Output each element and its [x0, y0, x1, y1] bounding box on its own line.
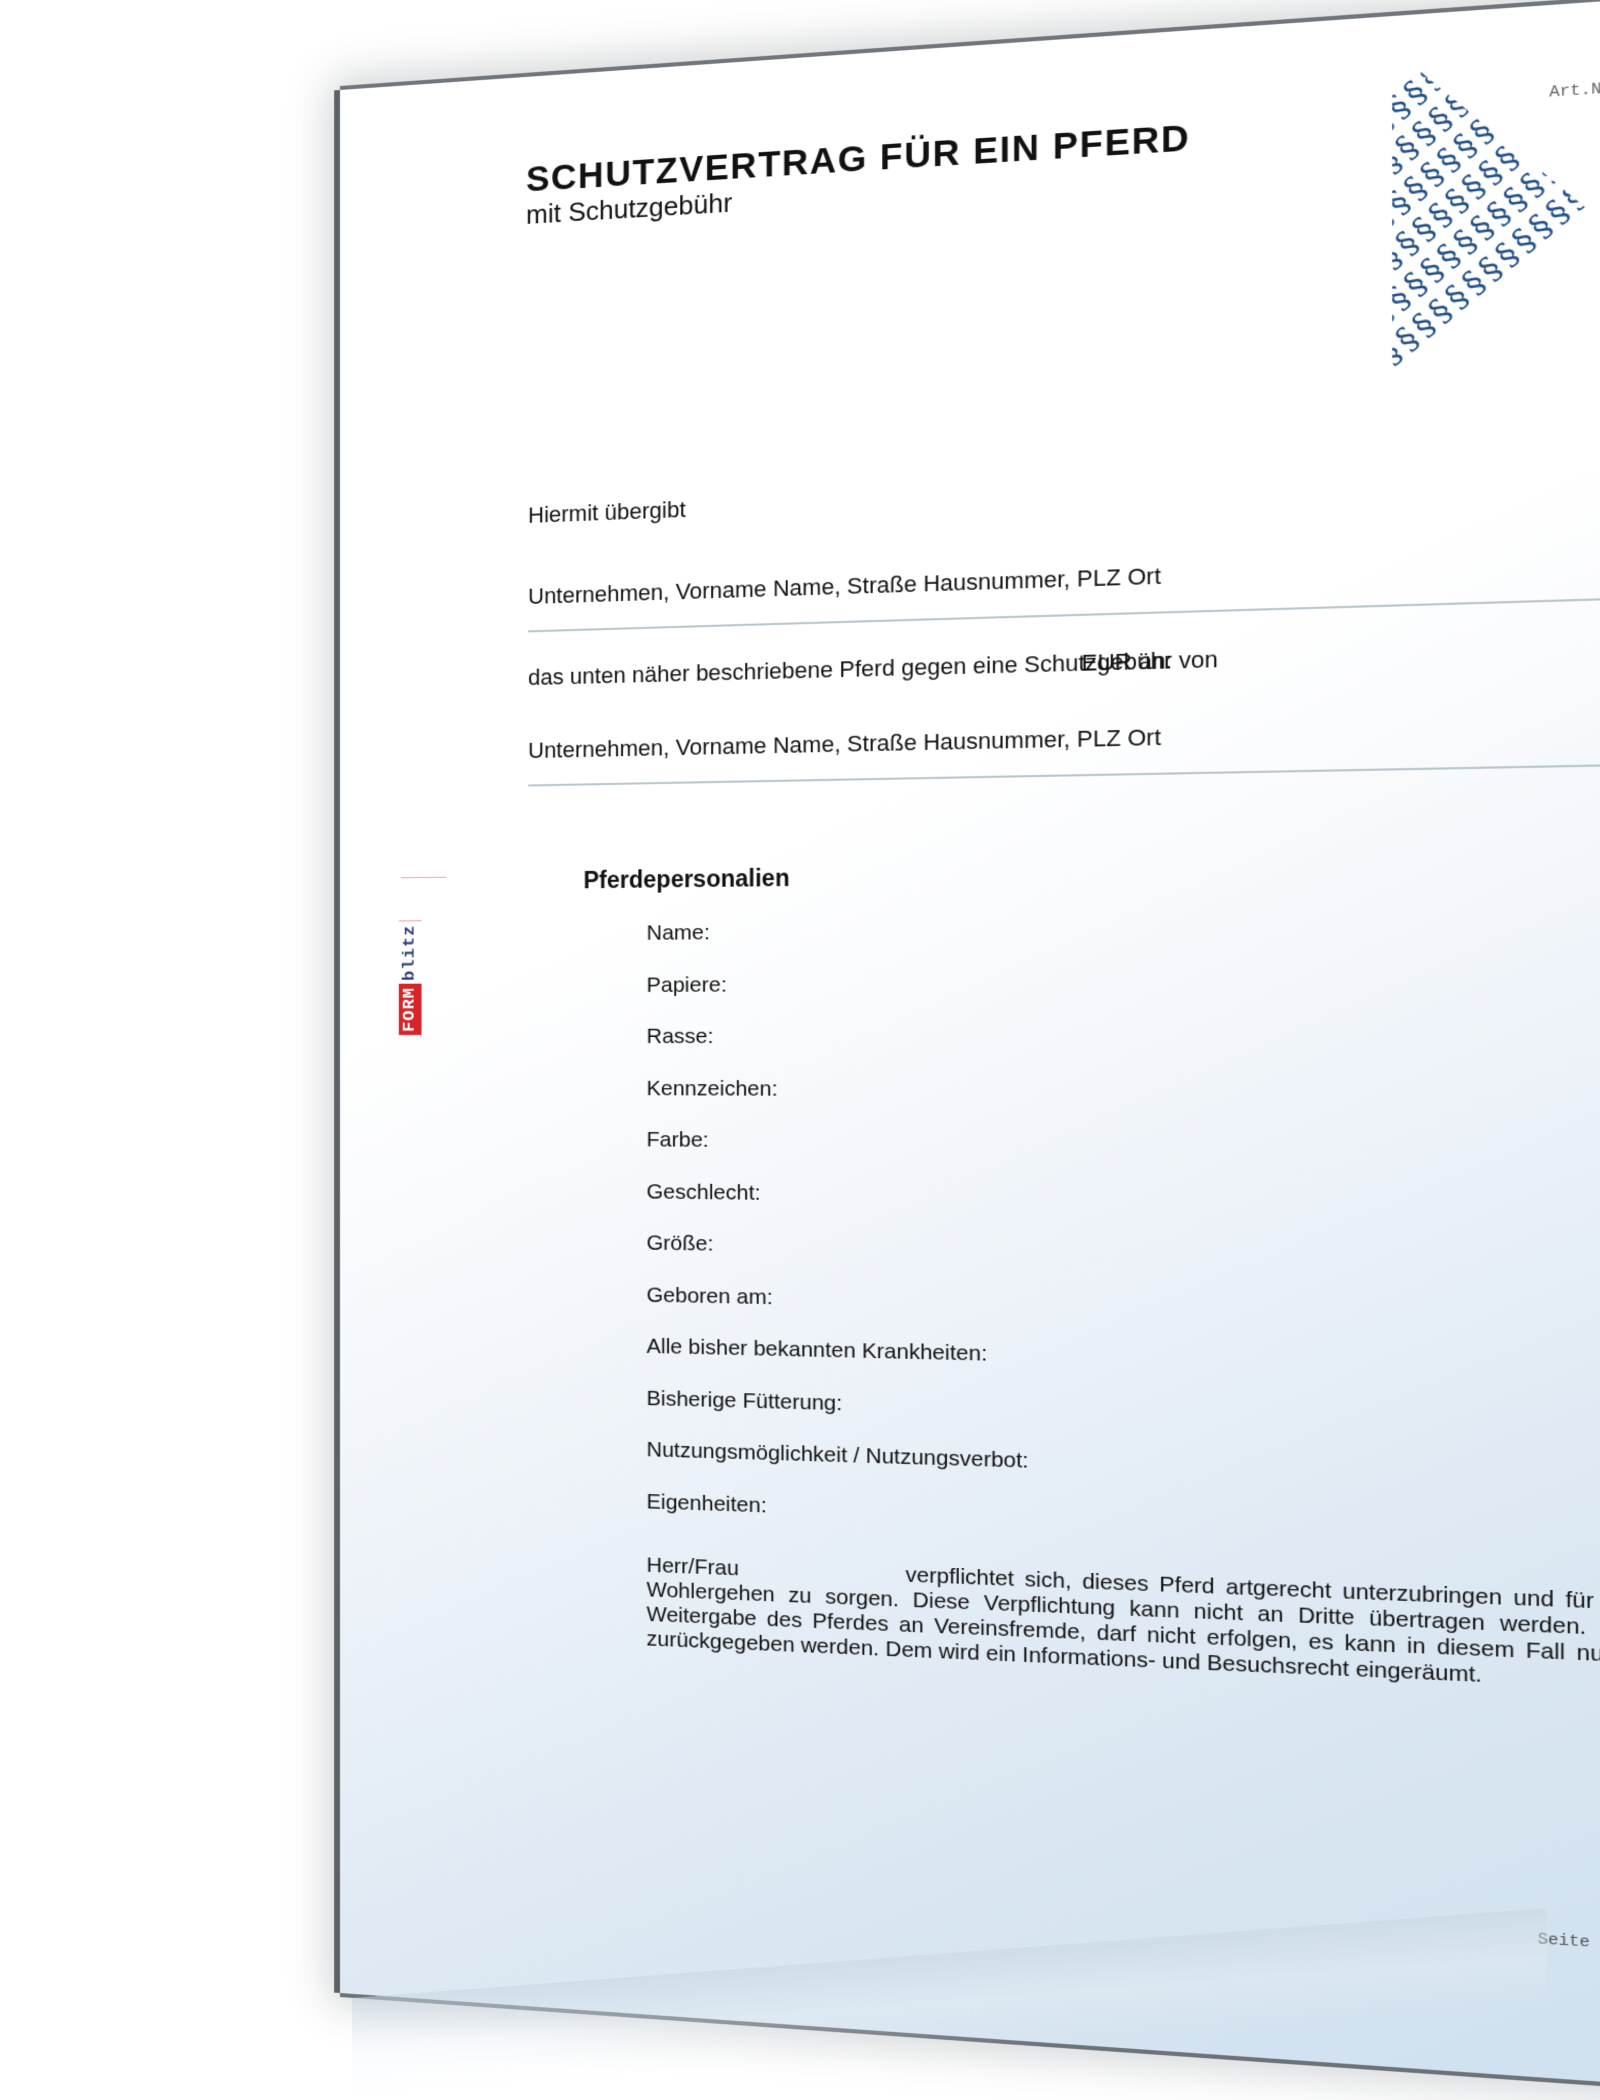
- document-page: SCHUTZVERTRAG FÜR EIN PFERD mit Schutzge…: [340, 0, 1600, 2096]
- field-label: Bisherige Fütterung:: [647, 1386, 843, 1416]
- party-2-line: [528, 763, 1600, 786]
- field-label: Rasse:: [647, 1025, 714, 1050]
- field-label: Größe:: [647, 1231, 714, 1257]
- party-1-address[interactable]: Unternehmen, Vorname Name, Straße Hausnu…: [528, 563, 1161, 610]
- field-label: Eigenheiten:: [647, 1489, 767, 1518]
- paragraph-pattern-icon: §§§§§§§§§§§§§§§§§§§§§§§§§§§§§§§§§§§§§§§§…: [1392, 23, 1600, 372]
- article-number: Art.Nr. 01191: [1549, 75, 1600, 102]
- field-label: Farbe:: [647, 1128, 709, 1153]
- paragraph-glyphs: §§§§§§§§§§§§§§§§§§§§§§§§§§§§§§§§§§§§§§§§…: [1392, 23, 1600, 372]
- logo-blitz: blitz: [399, 920, 422, 983]
- field-label: Name:: [647, 921, 710, 946]
- intro-text: Hiermit übergibt: [528, 496, 686, 529]
- document-title: SCHUTZVERTRAG FÜR EIN PFERD: [526, 117, 1190, 200]
- field-label: Geboren am:: [647, 1283, 773, 1310]
- field-label: Kennzeichen:: [647, 1076, 778, 1101]
- obligation-paragraph: Herr/Frau verpflichtet sich, dieses Pfer…: [647, 1553, 1600, 1695]
- field-label: Papiere:: [647, 973, 727, 998]
- field-label: Alle bisher bekannten Krankheiten:: [647, 1335, 988, 1367]
- party-2-address[interactable]: Unternehmen, Vorname Name, Straße Hausnu…: [528, 724, 1161, 764]
- section-heading: Pferdepersonalien: [583, 864, 789, 894]
- document-stage: SCHUTZVERTRAG FÜR EIN PFERD mit Schutzge…: [340, 90, 1600, 1993]
- logo-form: FORM: [399, 984, 422, 1035]
- field-label: Geschlecht:: [647, 1180, 761, 1206]
- formblitz-logo: FORMblitz: [399, 834, 427, 1035]
- fee-currency: EUR an:: [1081, 647, 1172, 677]
- field-label: Nutzungsmöglichkeit / Nutzungsverbot:: [647, 1438, 1029, 1474]
- page-indicator: Seite 1/2: [1538, 1930, 1600, 1954]
